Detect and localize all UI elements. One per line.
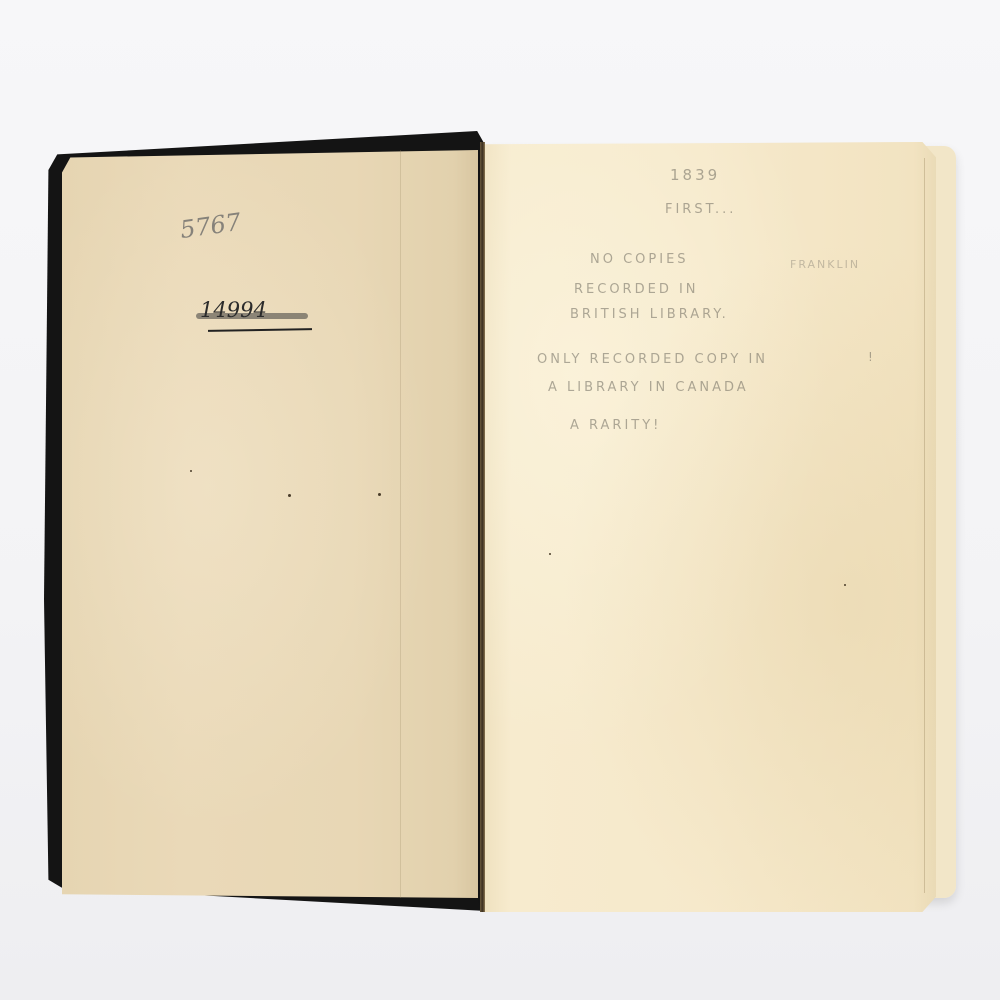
note-margin: FRANKLIN <box>790 258 860 271</box>
note-no-copies: NO COPIES <box>590 252 689 267</box>
paper-speck <box>288 494 291 497</box>
paper-speck <box>378 493 381 496</box>
note-first: FIRST... <box>665 202 736 217</box>
note-a-rarity: A RARITY! <box>570 418 661 433</box>
paper-speck <box>190 470 192 472</box>
paper-speck <box>549 553 551 555</box>
photo-scene: 5767 14994 1839 FIRST... NO COPIES RECOR… <box>0 0 1000 1000</box>
ink-catalog-number: 14994 <box>200 298 267 322</box>
note-british-library: BRITISH LIBRARY. <box>570 307 729 322</box>
page-edge-line <box>924 158 925 893</box>
left-endpaper <box>62 150 478 898</box>
note-only-recorded-copy: ONLY RECORDED COPY IN <box>537 352 768 367</box>
endpaper-fold-line <box>400 150 401 898</box>
book-spine-gutter <box>480 142 485 912</box>
paper-speck <box>844 584 846 586</box>
note-year: 1839 <box>670 166 720 184</box>
note-margin-mark: ! <box>868 350 876 364</box>
right-title-page <box>484 142 936 912</box>
note-library-canada: A LIBRARY IN CANADA <box>548 380 749 395</box>
note-recorded-in: RECORDED IN <box>574 282 699 297</box>
